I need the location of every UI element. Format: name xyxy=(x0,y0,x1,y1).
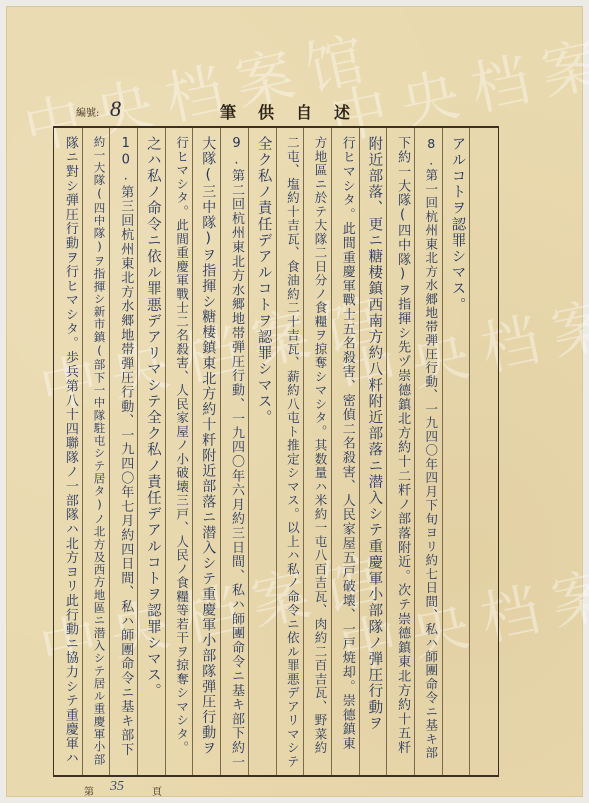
column-divider xyxy=(442,128,443,775)
title-char-3: 自 xyxy=(296,100,312,123)
manuscript-column-5: 附近部落、更ニ糖棲鎮西南方約八粁附近部落ニ潜入シテ重慶軍小部隊ノ弾圧行動ヲ xyxy=(367,136,382,732)
manuscript-column-7: 方地區ニ於テ大隊二日分ノ食糧ヲ掠奪シマシタ。其数量ハ米約一屯八百吉瓦、肉約二百吉… xyxy=(314,136,327,755)
column-divider xyxy=(469,128,470,775)
column-divider xyxy=(414,128,415,775)
manuscript-column-16: 隊ニ對シ弾圧行動ヲ行ヒマシタ。歩兵第八十四聯隊ノ一部隊ハ北方ヨリ此行動ニ協力シテ… xyxy=(64,136,77,765)
title-char-2: 供 xyxy=(258,100,274,123)
manuscript-column-10: 9.第二回杭州東北方水郷地帯弾圧行動、一九四〇年六月約三日間、私ハ師團命令ニ基キ… xyxy=(230,136,243,769)
page-suffix: 頁 xyxy=(152,783,162,798)
column-divider xyxy=(137,128,138,775)
column-divider xyxy=(248,128,249,775)
document-number-value: 8 xyxy=(110,96,121,122)
column-divider xyxy=(386,128,387,775)
column-divider xyxy=(331,128,332,775)
manuscript-column-9: 全ク私ノ責任デアルコトヲ認罪シマス。 xyxy=(256,136,271,426)
column-divider xyxy=(109,128,110,775)
title-char-4: 述 xyxy=(334,100,350,123)
column-divider xyxy=(276,128,277,775)
manuscript-column-3: 8.第一回杭州東北方水郷地帯弾圧行動、一九四〇年四月下旬ヨリ約七日間、私ハ師團命… xyxy=(424,136,437,760)
column-divider xyxy=(165,128,166,775)
manuscript-grid: アルコトヲ認罪シマス。8.第一回杭州東北方水郷地帯弾圧行動、一九四〇年四月下旬ヨ… xyxy=(53,126,499,777)
title-char-1: 筆 xyxy=(220,100,236,123)
manuscript-column-15: 約一大隊(四中隊)ヲ指揮シ新市鎮(部下一中隊駐屯シテ居タ)ノ北方及西方地區ニ潜入… xyxy=(93,136,105,766)
manuscript-column-6: 行ヒマシタ。此間重慶軍戰士五名殺害、密偵二名殺害、人民家屋五戸破壊、一戸焼却。崇… xyxy=(341,136,354,751)
column-divider xyxy=(359,128,360,775)
column-divider xyxy=(82,128,83,775)
manuscript-column-13: 之ハ私ノ命令ニ依ル罪悪デアリマシテ全ク私ノ責任デアルコトヲ認罪シマス。 xyxy=(145,136,160,700)
document-number-label: 編號: xyxy=(76,104,99,119)
manuscript-column-4: 下約一大隊(四中隊)ヲ指揮シ先ヅ崇德鎮北方約十二粁ノ部落附近。次テ崇德鎮東北方約… xyxy=(396,136,409,755)
manuscript-column-14: 10.第三回杭州東北方水郷地帯弾圧行動、一九四〇年七月約四日間、私ハ師團命令ニ基… xyxy=(119,136,132,757)
manuscript-column-2: アルコトヲ認罪シマス。 xyxy=(450,136,465,313)
page-prefix: 第 xyxy=(84,783,94,798)
manuscript-column-11: 大隊(三中隊)ヲ指揮シ糖棲鎮東北方約十粁附近部落ニ潜入シテ重慶軍小部隊弾圧行動ヲ xyxy=(201,136,215,756)
manuscript-column-12: 行ヒマシタ。此間重慶軍戰士二名殺害、人民家屋ノ小破壊三戸、人民ノ食糧等若干ヲ掠奪… xyxy=(175,136,188,755)
page-number: 35 xyxy=(110,779,124,795)
column-divider xyxy=(192,128,193,775)
column-divider xyxy=(303,128,304,775)
column-divider xyxy=(220,128,221,775)
manuscript-column-8: 二屯、塩約十吉瓦、食油約二十吉瓦、薪約八屯ト推定シマス。以上ハ私ノ命令ニ依ル罪悪… xyxy=(286,136,299,769)
